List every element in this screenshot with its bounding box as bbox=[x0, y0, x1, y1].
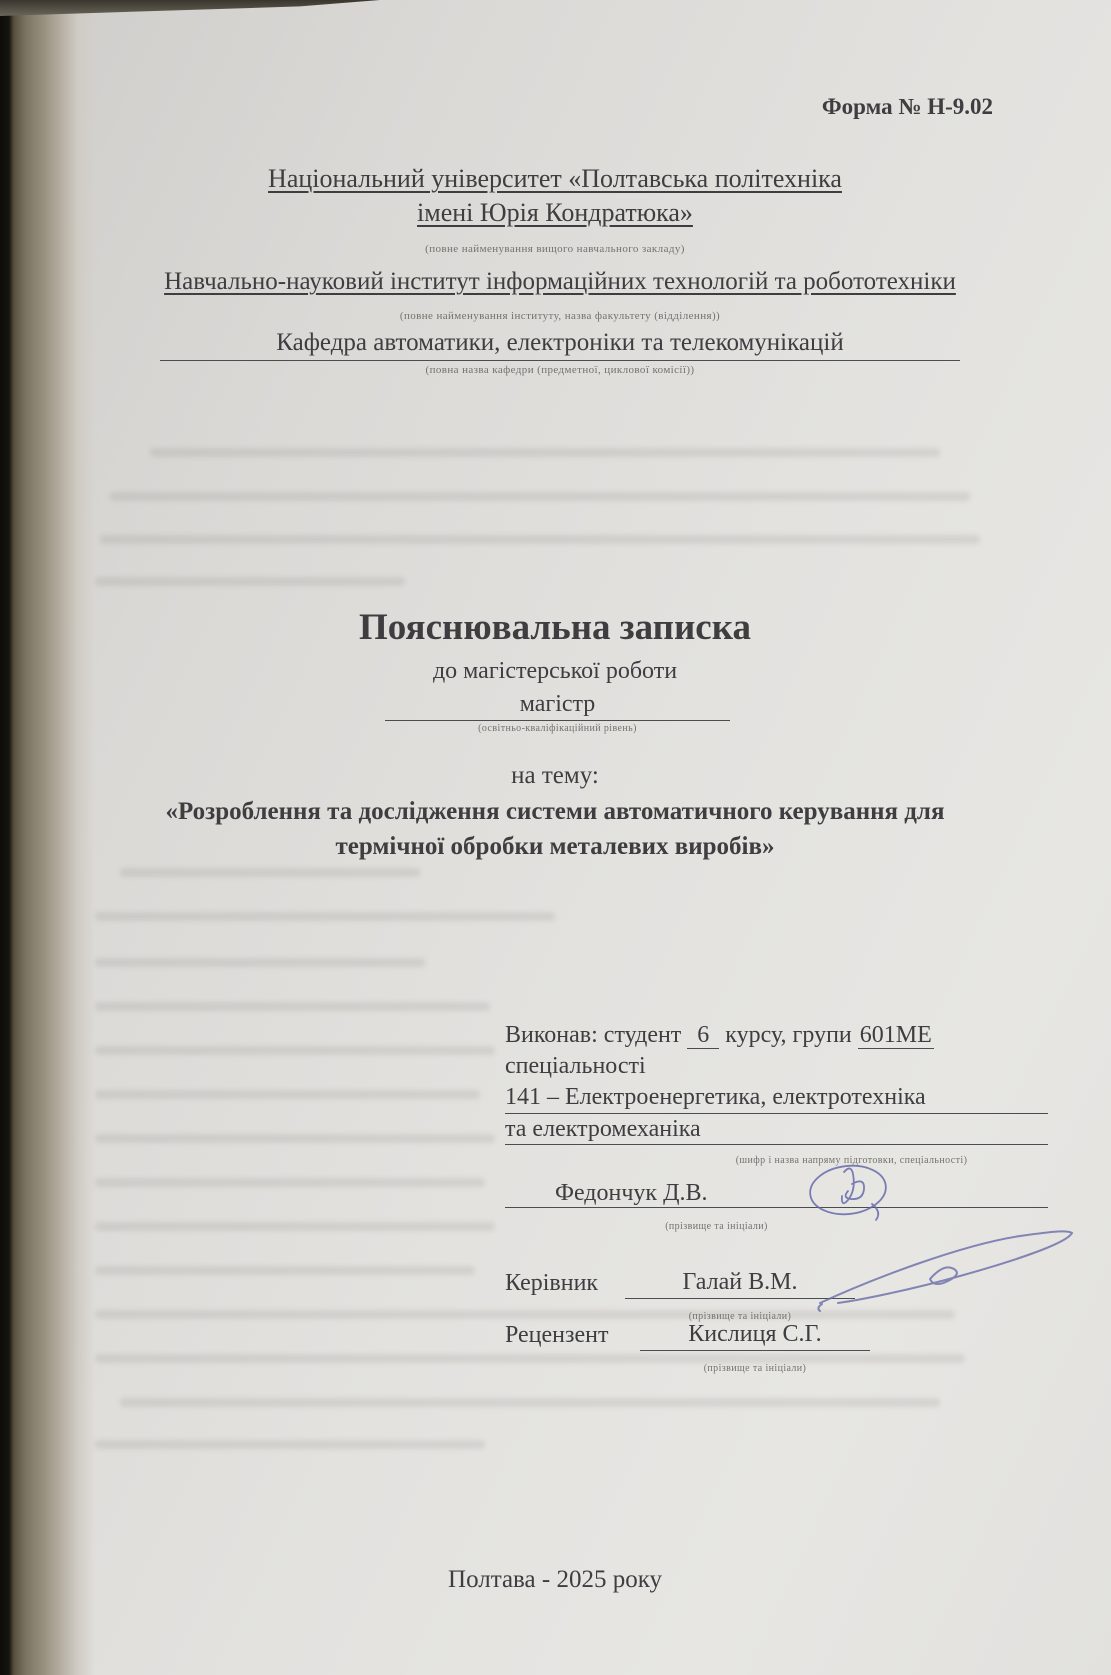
reviewer-row: Рецензент Кислиця С.Г. bbox=[505, 1319, 1048, 1351]
bleedthrough-line bbox=[95, 1134, 495, 1143]
document-title: Пояснювальна записка bbox=[60, 606, 1050, 649]
author-name: Федончук Д.В. bbox=[505, 1171, 1048, 1208]
specialty-label: спеціальності bbox=[505, 1051, 1048, 1082]
university-caption: (повне найменування вищого навчального з… bbox=[120, 232, 990, 266]
reviewer-caption: (прізвище та ініціали) bbox=[640, 1351, 870, 1367]
course-value: 6 bbox=[687, 1022, 719, 1049]
author-block: Виконав: студент 6 курсу, групи 601МЕ сп… bbox=[505, 1020, 1048, 1367]
form-code: Форма № Н-9.02 bbox=[822, 94, 993, 120]
scanned-title-page: Форма № Н-9.02 Національний університет … bbox=[0, 0, 1111, 1675]
supervisor-name: Галай В.М. bbox=[625, 1267, 855, 1299]
supervisor-label: Керівник bbox=[505, 1268, 625, 1299]
specialty-line2: та електромеханіка bbox=[505, 1114, 1048, 1145]
topic-line2: термічної обробки металевих виробів» bbox=[40, 829, 1070, 864]
bleedthrough-line bbox=[120, 868, 420, 877]
group-value: 601МЕ bbox=[858, 1022, 934, 1049]
course-suffix: курсу, групи bbox=[725, 1022, 851, 1048]
university-name-line2: імені Юрія Кондратюка» bbox=[120, 196, 990, 230]
topic-line1: «Розроблення та дослідження системи авто… bbox=[40, 794, 1070, 829]
topic-label: на тему: bbox=[60, 762, 1050, 790]
bleedthrough-line bbox=[95, 1090, 480, 1099]
reviewer-name: Кислиця С.Г. bbox=[640, 1319, 870, 1351]
bleedthrough-line bbox=[150, 448, 940, 457]
specialty-line1: 141 – Електроенергетика, електротехніка bbox=[505, 1082, 1048, 1114]
department-name: Кафедра автоматики, електроніки та телек… bbox=[160, 328, 960, 361]
bleedthrough-line bbox=[110, 492, 970, 501]
footer-city-year: Полтава - 2025 року bbox=[60, 1566, 1050, 1594]
bleedthrough-line bbox=[95, 1178, 485, 1187]
department-caption: (повна назва кафедри (предметної, циклов… bbox=[160, 364, 960, 376]
degree-level: магістр bbox=[385, 690, 730, 721]
performed-by-line: Виконав: студент 6 курсу, групи 601МЕ bbox=[505, 1020, 1048, 1051]
page-content: Форма № Н-9.02 Національний університет … bbox=[0, 0, 1111, 1675]
bleedthrough-line bbox=[95, 1222, 495, 1231]
degree-caption: (освітньо-кваліфікаційний рівень) bbox=[385, 723, 730, 734]
university-name-line1: Національний університет «Полтавська пол… bbox=[120, 162, 990, 196]
bleedthrough-line bbox=[120, 1398, 940, 1407]
bleedthrough-line bbox=[95, 1440, 485, 1449]
specialty-caption: (шифр і назва напряму підготовки, спеціа… bbox=[505, 1145, 1048, 1161]
document-subtitle: до магістерської роботи bbox=[60, 658, 1050, 685]
author-name-caption: (прізвище та ініціали) bbox=[505, 1208, 1048, 1227]
book-binding-edge bbox=[0, 0, 95, 1675]
supervisor-caption: (прізвище та ініціали) bbox=[625, 1299, 855, 1315]
supervisor-row: Керівник Галай В.М. bbox=[505, 1267, 1048, 1299]
bleedthrough-line bbox=[95, 1266, 475, 1275]
bleedthrough-line bbox=[95, 1046, 495, 1055]
institute-name: Навчально-науковий інститут інформаційни… bbox=[70, 266, 1050, 298]
bleedthrough-line bbox=[95, 1002, 490, 1011]
performed-by-prefix: Виконав: студент bbox=[505, 1022, 681, 1048]
bleedthrough-line bbox=[95, 912, 555, 921]
bleedthrough-line bbox=[100, 535, 980, 544]
reviewer-label: Рецензент bbox=[505, 1320, 640, 1351]
bleedthrough-line bbox=[95, 577, 405, 586]
bleedthrough-line bbox=[95, 958, 425, 967]
